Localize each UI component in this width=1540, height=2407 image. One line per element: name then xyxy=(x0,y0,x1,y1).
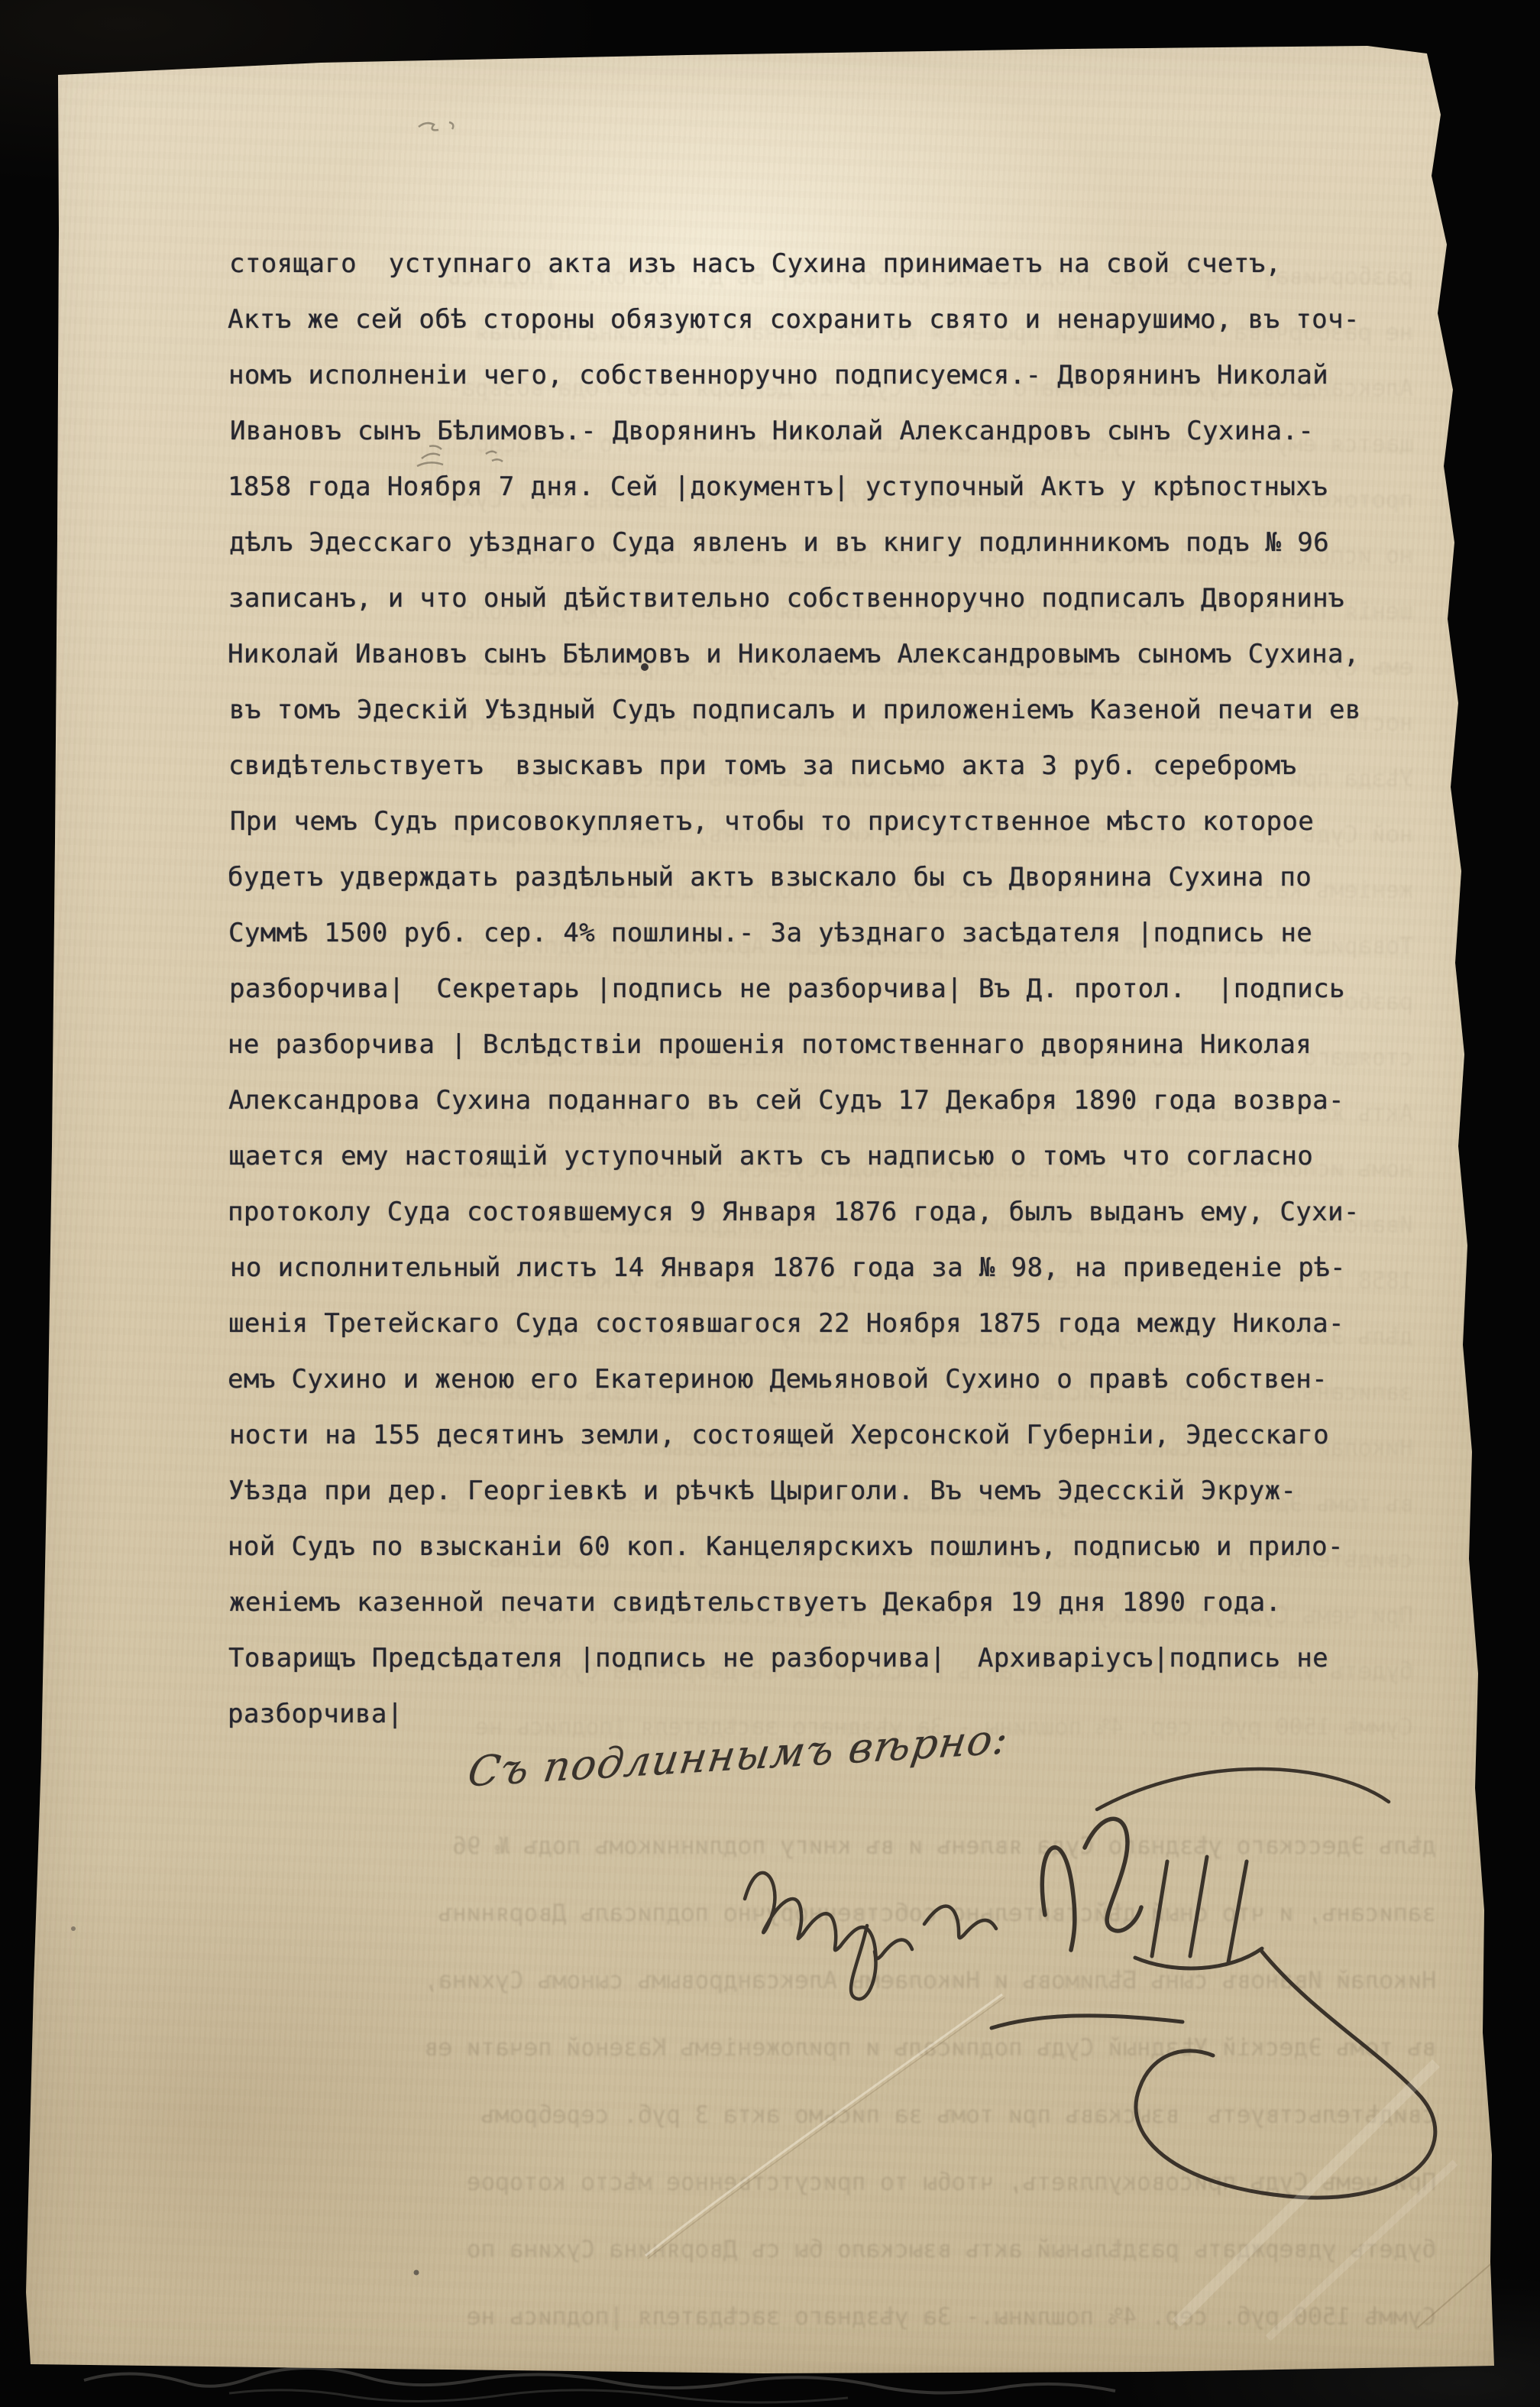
document-page: разборчива| Секретарь |подпись не разбор… xyxy=(0,0,1540,2407)
photo-background: разборчива| Секретарь |подпись не разбор… xyxy=(0,0,1540,2407)
paper-edge-shading xyxy=(0,0,1540,2407)
